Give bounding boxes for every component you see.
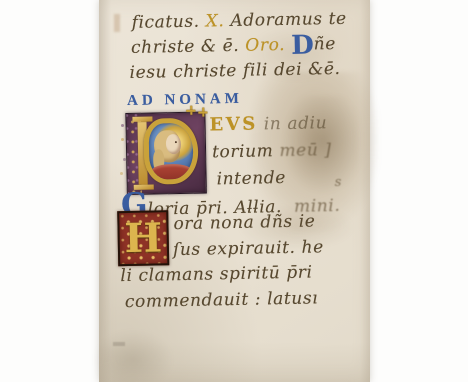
versicle-mark: X. bbox=[206, 11, 225, 31]
torium-ghost-text: meū ] bbox=[279, 140, 332, 161]
illuminated-initial-h: H bbox=[117, 210, 169, 266]
commendauit-text: commendauit : latusı bbox=[125, 288, 319, 312]
manuscript-photo: ficatus. X. Adoramus te christe & ē. Oro… bbox=[0, 0, 468, 382]
rubric-text: AD NONAM bbox=[127, 91, 243, 109]
gold-cross-ornament bbox=[198, 107, 207, 116]
torium-text: torium bbox=[212, 141, 274, 162]
text-line-heli: li clamans spiritū p̄ri bbox=[120, 261, 313, 287]
deus-gold-caps: EVS bbox=[209, 114, 258, 136]
text-line-hora-1: ora nona dñs ie bbox=[173, 210, 315, 235]
line-ficatus-text2: Adoramus te bbox=[230, 9, 347, 31]
line-iesu-text: iesu christe fili dei &ē. bbox=[129, 59, 340, 83]
line-christe-text: christe & ē. bbox=[131, 36, 240, 58]
gold-cross-ornament bbox=[186, 106, 195, 115]
oro-rubric: Oro. bbox=[245, 35, 285, 56]
saint-garment bbox=[150, 164, 192, 182]
line-ficatus-text: ficatus. bbox=[131, 12, 199, 33]
text-line-torium: torium meū ] bbox=[212, 139, 332, 163]
text-line-commendauit: commendauit : latusı bbox=[125, 287, 319, 313]
text-line-christe: christe & ē. Oro. Dñe bbox=[131, 33, 336, 60]
saint-face bbox=[166, 134, 181, 154]
deus-rest: in adiu bbox=[264, 113, 328, 134]
text-line-intende: intende bbox=[216, 167, 286, 190]
initial-h-letter: H bbox=[124, 218, 163, 259]
initial-d-serif-top bbox=[132, 117, 152, 122]
line-christe-text2: ñe bbox=[314, 34, 337, 54]
text-line-ficatus: ficatus. X. Adoramus te bbox=[131, 8, 347, 34]
text-line-iesu: iesu christe fili dei &ē. bbox=[129, 58, 340, 84]
saint-eye bbox=[175, 141, 177, 143]
hora2-text: ſus expirauit. he bbox=[173, 237, 324, 260]
text-block: ficatus. X. Adoramus te christe & ē. Oro… bbox=[95, 0, 373, 382]
initial-d-miniature bbox=[143, 118, 198, 185]
intende-text: intende bbox=[216, 168, 286, 189]
heli-text: li clamans spiritū p̄ri bbox=[120, 262, 312, 286]
hora1-text: ora nona dñs ie bbox=[173, 211, 315, 234]
blue-capital-d: D bbox=[291, 30, 314, 60]
ghost-s-text: s bbox=[335, 175, 343, 190]
text-line-deus: EVS in adiu bbox=[209, 112, 327, 136]
rubric-ad-nonam: AD NONAM bbox=[127, 88, 243, 112]
text-line-hora-2: ſus expirauit. he bbox=[173, 236, 324, 261]
illuminated-initial-d bbox=[125, 112, 207, 196]
parchment-leaf: ficatus. X. Adoramus te christe & ē. Oro… bbox=[99, 0, 370, 382]
